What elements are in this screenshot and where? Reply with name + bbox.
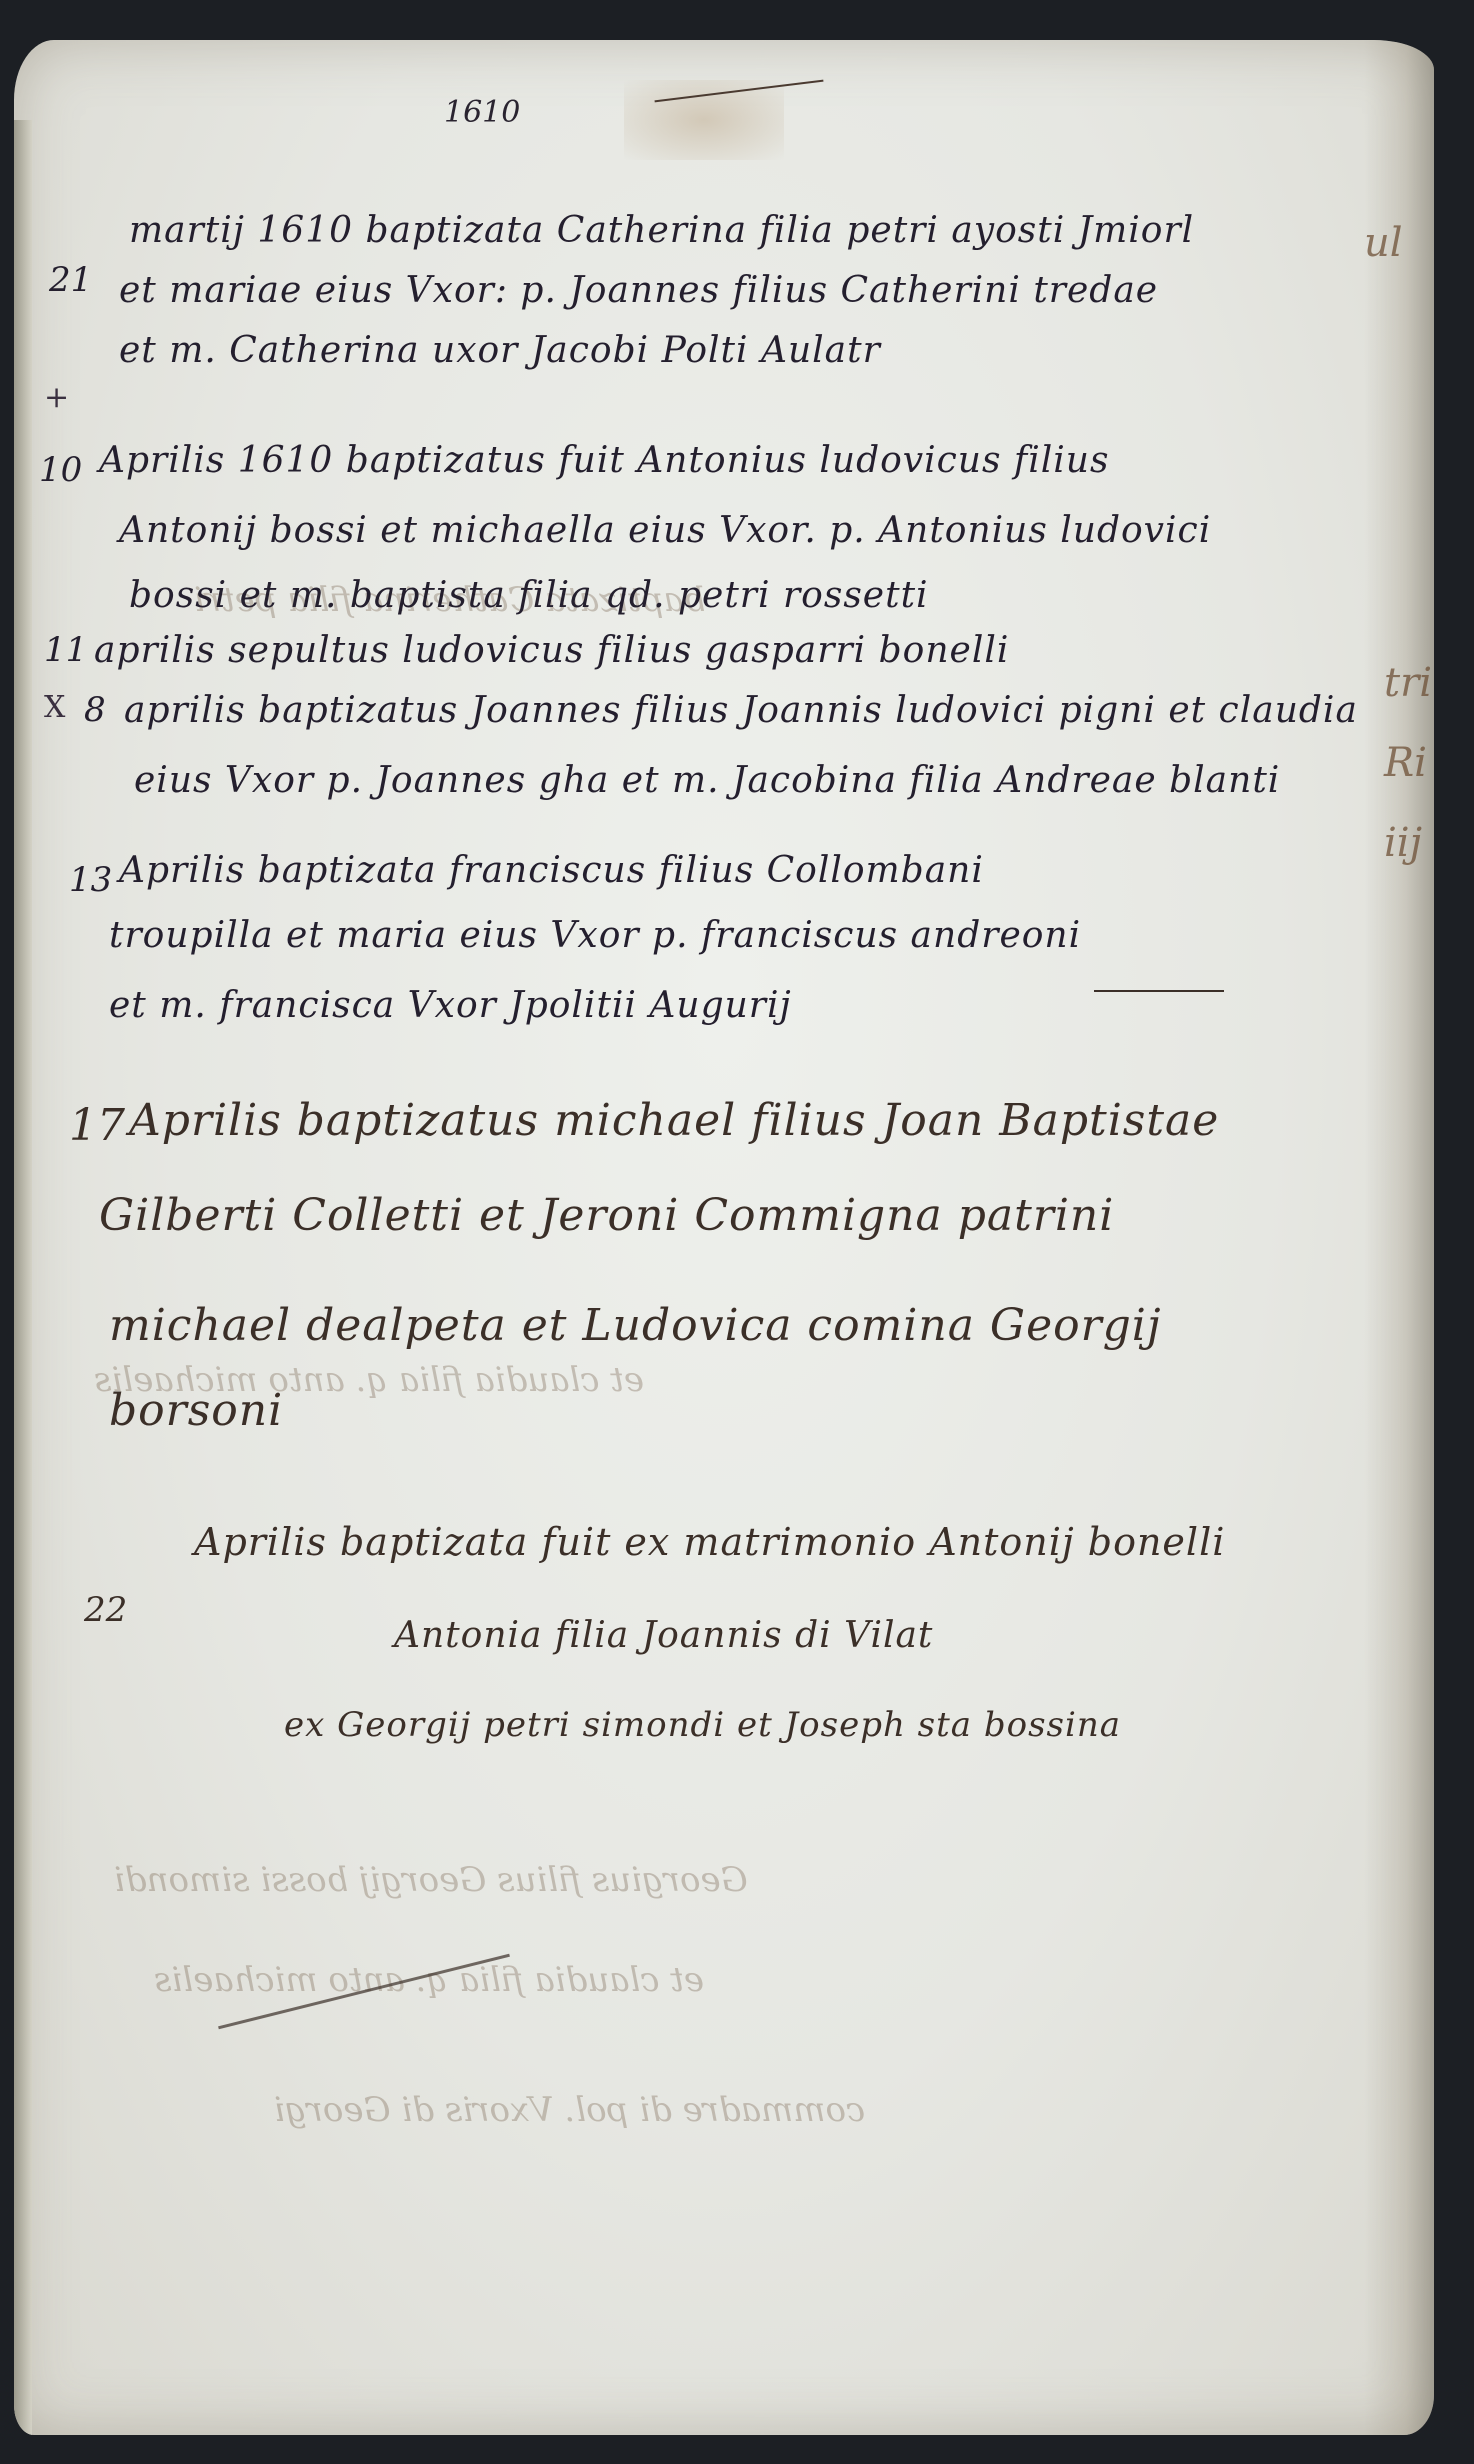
entry-line: eius Vxor p. Joannes gha et m. Jacobina … <box>134 760 1280 801</box>
entry-line: martij 1610 baptizata Catherina filia pe… <box>129 210 1194 251</box>
entry-day: 22 <box>84 1590 127 1630</box>
cross-mark: + <box>44 380 69 415</box>
water-stain <box>624 80 784 160</box>
register-entry: 17 Aprilis baptizatus michael filius Joa… <box>69 1080 1369 1440</box>
entry-line: Aprilis baptizatus michael filius Joan B… <box>129 1095 1219 1146</box>
register-entry: 21 martij 1610 baptizata Catherina filia… <box>49 210 1399 370</box>
entry-day: 8 <box>84 690 106 730</box>
entry-line: troupilla et maria eius Vxor p. francisc… <box>109 915 1081 956</box>
bleed-through-text: et claudia filia q. anto michaelis <box>154 1960 704 2000</box>
entry-day: 17 <box>69 1100 125 1151</box>
entry-line: Gilberti Colletti et Jeroni Commigna pat… <box>99 1190 1114 1241</box>
page-header-year: 1610 <box>444 95 520 130</box>
register-entry: 10 Aprilis 1610 baptizatus fuit Antonius… <box>39 440 1389 610</box>
entry-day: 21 <box>49 260 92 300</box>
entry-line: bossi et m. baptista filia qd. petri ros… <box>129 575 929 616</box>
margin-note: tri <box>1384 660 1432 706</box>
entry-line: Antonia filia Joannis di Vilat <box>394 1615 933 1656</box>
entry-day: 11 <box>44 630 87 670</box>
entry-line: borsoni <box>109 1385 283 1436</box>
entry-line: aprilis baptizatus Joannes filius Joanni… <box>124 690 1358 731</box>
entry-line: ex Georgij petri simondi et Joseph sta b… <box>284 1705 1121 1745</box>
entry-line: et mariae eius Vxor: p. Joannes filius C… <box>119 270 1158 311</box>
manuscript-page: 1610 baptizata Catherina filia petri et … <box>14 40 1434 2435</box>
entry-line: Aprilis 1610 baptizatus fuit Antonius lu… <box>99 440 1109 481</box>
cross-mark: X <box>44 690 65 725</box>
register-entry: X 8 aprilis baptizatus Joannes filius Jo… <box>44 690 1394 810</box>
binding-edge <box>14 120 32 2435</box>
register-entry: 11 aprilis sepultus ludovicus filius gas… <box>44 630 1344 680</box>
entry-line: michael dealpeta et Ludovica comina Geor… <box>109 1300 1162 1351</box>
entry-day: 13 <box>69 860 112 900</box>
page-fold-shadow <box>1364 40 1434 2435</box>
entry-line: et m. francisca Vxor Jpolitii Augurij <box>109 985 792 1026</box>
entry-line: aprilis sepultus ludovicus filius gaspar… <box>94 630 1009 671</box>
entry-line: Antonij bossi et michaella eius Vxor. p.… <box>119 510 1211 551</box>
margin-note: Ri <box>1384 740 1427 786</box>
margin-note: ul <box>1364 220 1403 266</box>
bleed-through-text: Georgius filius Georgij bossi simondi <box>114 1860 748 1900</box>
entry-day: 10 <box>39 450 82 490</box>
margin-note: iij <box>1384 820 1422 866</box>
end-of-entry-line <box>1094 990 1224 992</box>
register-entry: 22 Aprilis baptizata fuit ex matrimonio … <box>84 1520 1404 1780</box>
entry-line: Aprilis baptizata franciscus filius Coll… <box>119 850 984 891</box>
entry-line: et m. Catherina uxor Jacobi Polti Aulatr <box>119 330 881 371</box>
entry-line: Aprilis baptizata fuit ex matrimonio Ant… <box>194 1520 1225 1564</box>
bleed-through-text: commadre di pol. Vxoris di Georgi <box>274 2090 865 2130</box>
register-entry: 13 Aprilis baptizata franciscus filius C… <box>69 850 1369 1030</box>
